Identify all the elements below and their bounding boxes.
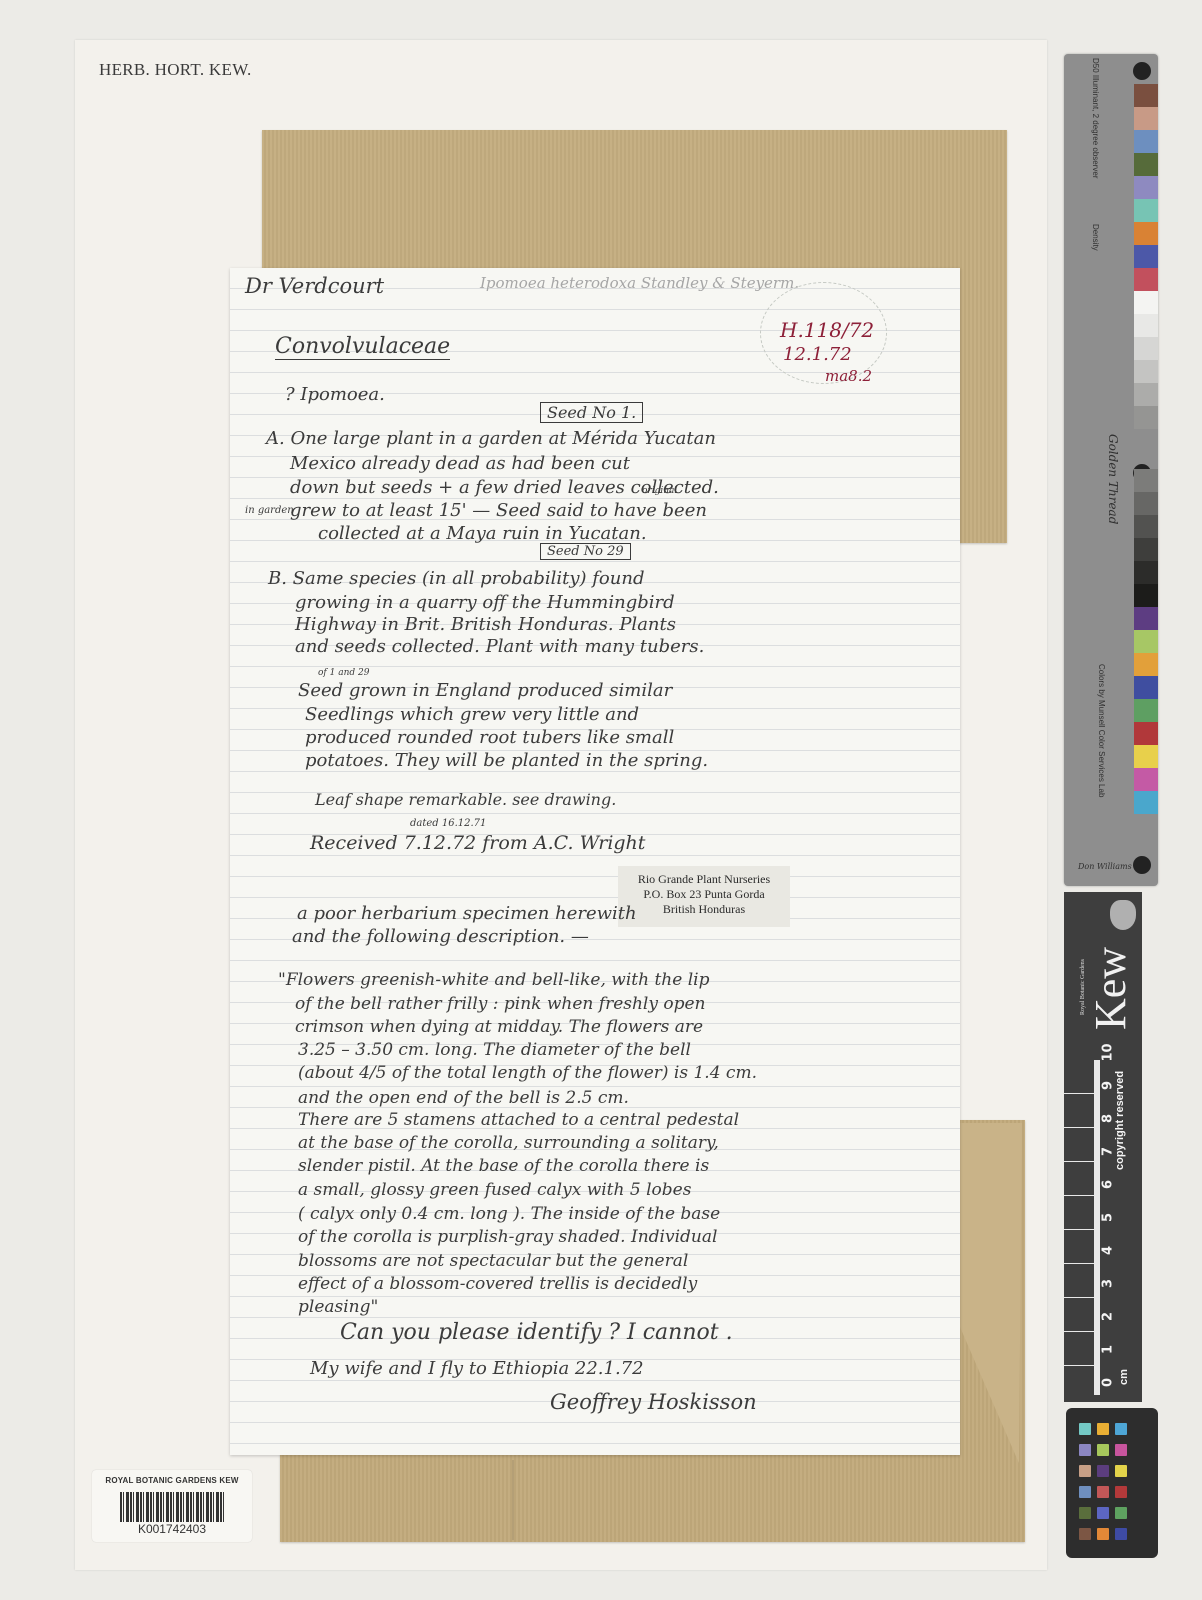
seedlings-line: potatoes. They will be planted in the sp… xyxy=(305,750,708,771)
kew-logo-sub: Royal Botanic Gardens xyxy=(1080,959,1086,1015)
color-swatch xyxy=(1134,699,1158,722)
seed-no-29-label: Seed No 29 xyxy=(540,543,631,560)
ruler-number: 4 xyxy=(1101,1241,1116,1261)
travel-note: My wife and I fly to Ethiopia 22.1.72 xyxy=(310,1358,644,1379)
section-b-line: growing in a quarry off the Hummingbird xyxy=(295,592,675,613)
description-line: 3.25 – 3.50 cm. long. The diameter of th… xyxy=(298,1040,691,1060)
color-swatch xyxy=(1134,153,1158,176)
chart-maker: Don Williams xyxy=(1078,862,1132,871)
family-name: Convolvulaceae xyxy=(275,334,450,360)
description-line: pleasing" xyxy=(298,1297,378,1317)
specimen-line: a poor herbarium specimen herewith xyxy=(297,903,637,924)
description-line: and the open end of the bell is 2.5 cm. xyxy=(298,1088,629,1108)
color-patch xyxy=(1079,1423,1091,1435)
color-patch xyxy=(1079,1507,1091,1519)
specimen-line: and the following description. — xyxy=(292,926,589,947)
chart-caption: D50 Illuminant, 2 degree observer xyxy=(1091,58,1100,179)
color-swatch xyxy=(1134,245,1158,268)
color-patch xyxy=(1097,1486,1109,1498)
barcode-icon xyxy=(120,1492,224,1522)
color-calibration-chart: D50 Illuminant, 2 degree observer Densit… xyxy=(1064,54,1158,886)
color-patch xyxy=(1079,1528,1091,1540)
genus-query: ? Ipomoea. xyxy=(285,384,385,405)
color-patch xyxy=(1097,1465,1109,1477)
color-patch xyxy=(1097,1444,1109,1456)
color-swatch xyxy=(1134,291,1158,314)
color-patch xyxy=(1097,1423,1109,1435)
punch-hole-icon xyxy=(1133,856,1151,874)
ruler-scale xyxy=(1064,1060,1100,1395)
margin-note: in garden xyxy=(245,505,294,516)
nursery-address: P.O. Box 23 Punta Gorda xyxy=(618,887,790,902)
description-line: (about 4/5 of the total length of the fl… xyxy=(298,1063,757,1083)
color-swatch xyxy=(1134,653,1158,676)
color-patch xyxy=(1115,1486,1127,1498)
color-patch xyxy=(1115,1528,1127,1540)
barcode-label: ROYAL BOTANIC GARDENS KEW K001742403 xyxy=(92,1470,252,1542)
barcode-title: ROYAL BOTANIC GARDENS KEW xyxy=(92,1476,252,1485)
color-swatch xyxy=(1134,84,1158,107)
color-swatch xyxy=(1134,469,1158,492)
color-swatch xyxy=(1134,515,1158,538)
section-b-line: Highway in Brit. British Honduras. Plant… xyxy=(295,614,676,635)
ruler-number: 0 xyxy=(1101,1373,1116,1393)
color-swatch xyxy=(1134,383,1158,406)
punch-hole-icon xyxy=(1133,62,1151,80)
envelope-seam xyxy=(512,1460,514,1540)
color-swatch xyxy=(1134,607,1158,630)
ruler-number: 6 xyxy=(1101,1175,1116,1195)
section-b-line: and seeds collected. Plant with many tub… xyxy=(295,636,704,657)
ruler-number: 1 xyxy=(1101,1340,1116,1360)
color-patch xyxy=(1115,1465,1127,1477)
kew-crest-icon xyxy=(1110,900,1136,930)
identify-request: Can you please identify ? I cannot . xyxy=(340,1320,733,1345)
seedlings-line: produced rounded root tubers like small xyxy=(305,727,674,748)
description-line: slender pistil. At the base of the corol… xyxy=(298,1156,709,1176)
color-patch xyxy=(1115,1444,1127,1456)
color-patch xyxy=(1079,1486,1091,1498)
seedlings-line: Seed grown in England produced similar xyxy=(298,680,672,701)
section-a-line: Mexico already dead as had been cut xyxy=(290,453,630,474)
nursery-country: British Honduras xyxy=(618,902,790,917)
leaf-note: Leaf shape remarkable. see drawing. xyxy=(315,790,616,809)
color-swatch xyxy=(1134,360,1158,383)
accession-initials: ma8.2 xyxy=(825,367,872,385)
signature: Geoffrey Hoskisson xyxy=(550,1390,757,1414)
institution-header: HERB. HORT. KEW. xyxy=(99,60,252,80)
color-swatch xyxy=(1134,676,1158,699)
determination-note: Ipomoea heterodoxa Standley & Steyerm. xyxy=(480,274,799,292)
color-swatch xyxy=(1134,492,1158,515)
color-swatch xyxy=(1134,268,1158,291)
color-swatch xyxy=(1134,107,1158,130)
color-swatch xyxy=(1134,337,1158,360)
description-line: of the bell rather frilly : pink when fr… xyxy=(295,994,706,1014)
color-swatch xyxy=(1134,130,1158,153)
section-a-line: A. One large plant in a garden at Mérida… xyxy=(266,428,716,449)
description-line: "Flowers greenish-white and bell-like, w… xyxy=(278,970,709,990)
color-patch xyxy=(1079,1444,1091,1456)
color-patch xyxy=(1097,1507,1109,1519)
ruler-unit: cm xyxy=(1118,1369,1130,1385)
color-swatch xyxy=(1134,584,1158,607)
chart-bottom-caption: Colors by Munsell Color Services Lab xyxy=(1097,664,1106,797)
nursery-name: Rio Grande Plant Nurseries xyxy=(618,872,790,887)
density-label: Density xyxy=(1091,224,1100,251)
insert-note: of 1 and 29 xyxy=(318,668,369,678)
description-line: effect of a blossom-covered trellis is d… xyxy=(298,1274,697,1294)
description-line: There are 5 stamens attached to a centra… xyxy=(298,1110,739,1130)
color-patch xyxy=(1115,1423,1127,1435)
description-line: crimson when dying at midday. The flower… xyxy=(295,1017,703,1037)
section-b-line: B. Same species (in all probability) fou… xyxy=(268,568,644,589)
color-swatch xyxy=(1134,722,1158,745)
accession-number: H.118/72 xyxy=(780,318,874,342)
ruler-number: 3 xyxy=(1101,1274,1116,1294)
received-line: Received 7.12.72 from A.C. Wright xyxy=(310,832,645,854)
color-swatch xyxy=(1134,538,1158,561)
color-swatch xyxy=(1134,630,1158,653)
color-swatch xyxy=(1134,314,1158,337)
color-patch xyxy=(1079,1465,1091,1477)
color-patch xyxy=(1097,1528,1109,1540)
section-a-line: grew to at least 15' — Seed said to have… xyxy=(290,500,707,521)
insert-note: original xyxy=(642,486,677,496)
description-line: ( calyx only 0.4 cm. long ). The inside … xyxy=(298,1204,720,1224)
barcode-number: K001742403 xyxy=(92,1522,252,1536)
color-swatch xyxy=(1134,199,1158,222)
color-swatch xyxy=(1134,791,1158,814)
color-swatch xyxy=(1134,176,1158,199)
kew-logo: Kew xyxy=(1085,947,1136,1030)
color-swatch xyxy=(1134,768,1158,791)
accession-date: 12.1.72 xyxy=(783,344,852,365)
color-swatch xyxy=(1134,745,1158,768)
color-swatch xyxy=(1134,406,1158,429)
ruler-number: 2 xyxy=(1101,1307,1116,1327)
dated-note: dated 16.12.71 xyxy=(410,818,486,829)
seedlings-line: Seedlings which grew very little and xyxy=(305,704,639,725)
copyright-text: copyright reserved xyxy=(1114,1071,1126,1170)
description-line: blossoms are not spectacular but the gen… xyxy=(298,1251,688,1271)
ruler-number: 5 xyxy=(1101,1208,1116,1228)
chart-brand: Golden Thread xyxy=(1106,434,1120,524)
color-patch-card xyxy=(1066,1408,1158,1558)
color-patch xyxy=(1115,1507,1127,1519)
addressee: Dr Verdcourt xyxy=(245,274,384,298)
ruler-number: 10 xyxy=(1101,1043,1116,1063)
description-line: a small, glossy green fused calyx with 5… xyxy=(298,1180,691,1200)
description-line: at the base of the corolla, surrounding … xyxy=(298,1133,719,1153)
color-swatch xyxy=(1134,222,1158,245)
seed-no-1-label: Seed No 1. xyxy=(540,402,643,423)
nursery-address-label: Rio Grande Plant Nurseries P.O. Box 23 P… xyxy=(618,866,790,927)
description-line: of the corolla is purplish-gray shaded. … xyxy=(298,1227,717,1247)
color-swatch xyxy=(1134,561,1158,584)
section-a-line: collected at a Maya ruin in Yucatan. xyxy=(318,523,647,544)
